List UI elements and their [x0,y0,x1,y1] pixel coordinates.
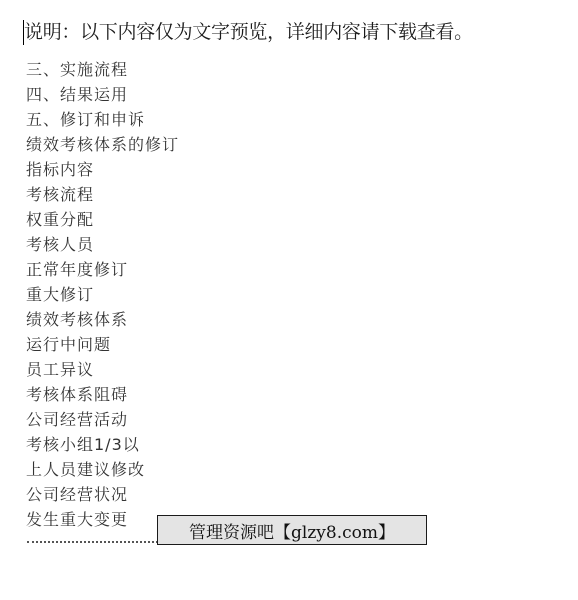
content-line: 四、结果运用 [26,82,179,107]
content-line: 考核小组1/3以 [26,432,179,457]
content-line: 绩效考核体系的修订 [26,132,179,157]
content-line: 考核体系阻碍 [26,382,179,407]
content-line: 指标内容 [26,157,179,182]
content-line: 五、修订和申诉 [26,107,179,132]
watermark-banner: 管理资源吧【glzy8.com】 [157,515,427,545]
content-line: 考核流程 [26,182,179,207]
preview-notice: 说明：以下内容仅为文字预览，详细内容请下载查看。 [24,19,473,45]
content-line: 员工异议 [26,357,179,382]
content-line: 运行中问题 [26,332,179,357]
content-line: 正常年度修订 [26,257,179,282]
content-line: 上人员建议修改 [26,457,179,482]
content-line: 考核人员 [26,232,179,257]
content-line: 三、实施流程 [26,57,179,82]
content-line: 公司经营状况 [26,482,179,507]
content-line: 公司经营活动 [26,407,179,432]
content-line: 绩效考核体系 [26,307,179,332]
content-line: 权重分配 [26,207,179,232]
dotted-leader-line [27,541,158,543]
document-content-list: 三、实施流程 四、结果运用 五、修订和申诉 绩效考核体系的修订 指标内容 考核流… [26,57,179,532]
content-line: 重大修订 [26,282,179,307]
